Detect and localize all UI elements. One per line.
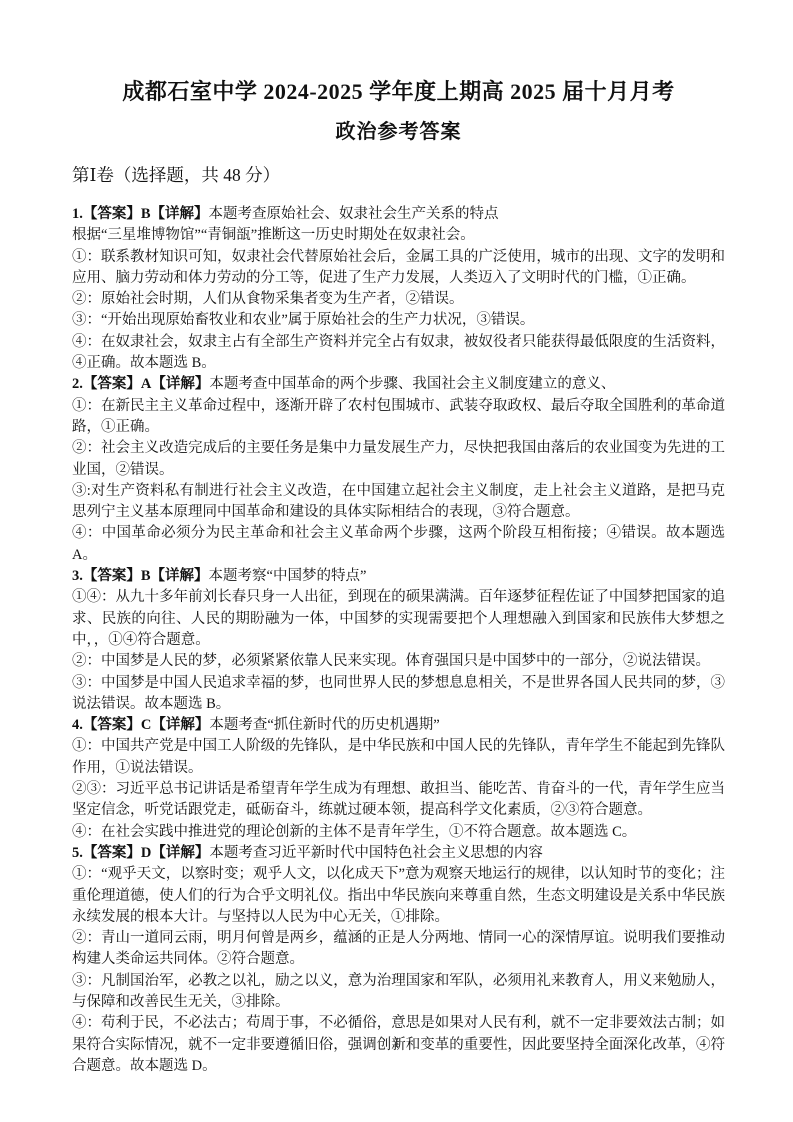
answer-label: 4.【答案】C【详解】 <box>72 717 209 733</box>
explanation-paragraph: ③:对生产资料私有制进行社会主义改造，在中国建立起社会主义制度，走上社会主义道路… <box>72 481 725 524</box>
explanation-paragraph: ②：社会主义改造完成后的主要任务是集中力量发展生产力，尽快把我国由落后的农业国变… <box>72 438 725 481</box>
document-page: 成都石室中学 2024-2025 学年度上期高 2025 届十月月考 政治参考答… <box>0 0 793 1122</box>
question-block-3: 3.【答案】B【详解】本题考察“中国梦的特点” ①④：从九十多年前刘长春只身一人… <box>72 566 725 715</box>
question-topic: 本题考查中国革命的两个步骤、我国社会主义制度建立的意义、 <box>209 376 615 392</box>
document-subtitle: 政治参考答案 <box>72 118 725 146</box>
page-number: 1 <box>0 1036 793 1052</box>
question-topic: 本题考查“抓住新时代的历史机遇期” <box>209 717 439 733</box>
question-block-4: 4.【答案】C【详解】本题考查“抓住新时代的历史机遇期” ①：中国共产党是中国工… <box>72 715 725 843</box>
question-3-answer-line: 3.【答案】B【详解】本题考察“中国梦的特点” <box>72 566 725 587</box>
explanation-paragraph: ②：中国梦是人民的梦，必须紧紧依靠人民来实现。体育强国只是中国梦中的一部分，②说… <box>72 651 725 672</box>
question-5-answer-line: 5.【答案】D【详解】本题考查习近平新时代中国特色社会主义思想的内容 <box>72 843 725 864</box>
explanation-paragraph: ①：联系教材知识可知，奴隶社会代替原始社会后，金属工具的广泛使用，城市的出现、文… <box>72 247 725 290</box>
document-title: 成都石室中学 2024-2025 学年度上期高 2025 届十月月考 <box>72 76 725 108</box>
explanation-paragraph: 根据“三星堆博物馆”“青铜瓿”推断这一历史时期处在奴隶社会。 <box>72 225 725 246</box>
explanation-paragraph: ④：中国革命必须分为民主革命和社会主义革命两个步骤，这两个阶段互相衔接；④错误。… <box>72 523 725 566</box>
explanation-paragraph: ①：在新民主主义革命过程中，逐渐开辟了农村包围城市、武装夺取政权、最后夺取全国胜… <box>72 396 725 439</box>
answers-list: 1.【答案】B【详解】本题考查原始社会、奴隶社会生产关系的特点 根据“三星堆博物… <box>72 204 725 1077</box>
question-1-answer-line: 1.【答案】B【详解】本题考查原始社会、奴隶社会生产关系的特点 <box>72 204 725 225</box>
question-4-answer-line: 4.【答案】C【详解】本题考查“抓住新时代的历史机遇期” <box>72 715 725 736</box>
question-2-answer-line: 2.【答案】A【详解】本题考查中国革命的两个步骤、我国社会主义制度建立的意义、 <box>72 374 725 395</box>
explanation-paragraph: ②③：习近平总书记讲话是希望青年学生成为有理想、敢担当、能吃苦、肯奋斗的一代，青… <box>72 779 725 822</box>
section-heading: 第Ⅰ卷（选择题，共 48 分） <box>72 162 725 188</box>
explanation-paragraph: ②：原始社会时期，人们从食物采集者变为生产者，②错误。 <box>72 289 725 310</box>
question-topic: 本题考查原始社会、奴隶社会生产关系的特点 <box>209 206 499 222</box>
answer-label: 2.【答案】A【详解】 <box>72 376 209 392</box>
question-topic: 本题考察“中国梦的特点” <box>209 568 367 584</box>
answer-label: 5.【答案】D【详解】 <box>72 845 209 861</box>
explanation-paragraph: ③：“开始出现原始畜牧业和农业”属于原始社会的生产力状况，③错误。 <box>72 310 725 331</box>
explanation-paragraph: ③：凡制国治军，必教之以礼，励之以义，意为治理国家和军队，必须用礼来教育人，用义… <box>72 971 725 1014</box>
question-block-2: 2.【答案】A【详解】本题考查中国革命的两个步骤、我国社会主义制度建立的意义、 … <box>72 374 725 566</box>
question-topic: 本题考查习近平新时代中国特色社会主义思想的内容 <box>209 845 543 861</box>
explanation-paragraph: ①④：从九十多年前刘长春只身一人出征，到现在的硕果满满。百年逐梦征程佐证了中国梦… <box>72 587 725 651</box>
explanation-paragraph: ①：“观乎天文，以察时变；观乎人文，以化成天下”意为观察天地运行的规律，以认知时… <box>72 864 725 928</box>
explanation-paragraph: ④：在社会实践中推进党的理论创新的主体不是青年学生，①不符合题意。故本题选 C。 <box>72 822 725 843</box>
answer-label: 3.【答案】B【详解】 <box>72 568 209 584</box>
explanation-paragraph: ④：在奴隶社会，奴隶主占有全部生产资料并完全占有奴隶，被奴役者只能获得最低限度的… <box>72 332 725 375</box>
explanation-paragraph: ③：中国梦是中国人民追求幸福的梦，也同世界人民的梦想息息相关，不是世界各国人民共… <box>72 673 725 716</box>
explanation-paragraph: ②：青山一道同云雨，明月何曾是两乡，蕴涵的正是人分两地、情同一心的深情厚谊。说明… <box>72 928 725 971</box>
explanation-paragraph: ①：中国共产党是中国工人阶级的先锋队，是中华民族和中国人民的先锋队，青年学生不能… <box>72 736 725 779</box>
answer-label: 1.【答案】B【详解】 <box>72 206 209 222</box>
question-block-1: 1.【答案】B【详解】本题考查原始社会、奴隶社会生产关系的特点 根据“三星堆博物… <box>72 204 725 374</box>
